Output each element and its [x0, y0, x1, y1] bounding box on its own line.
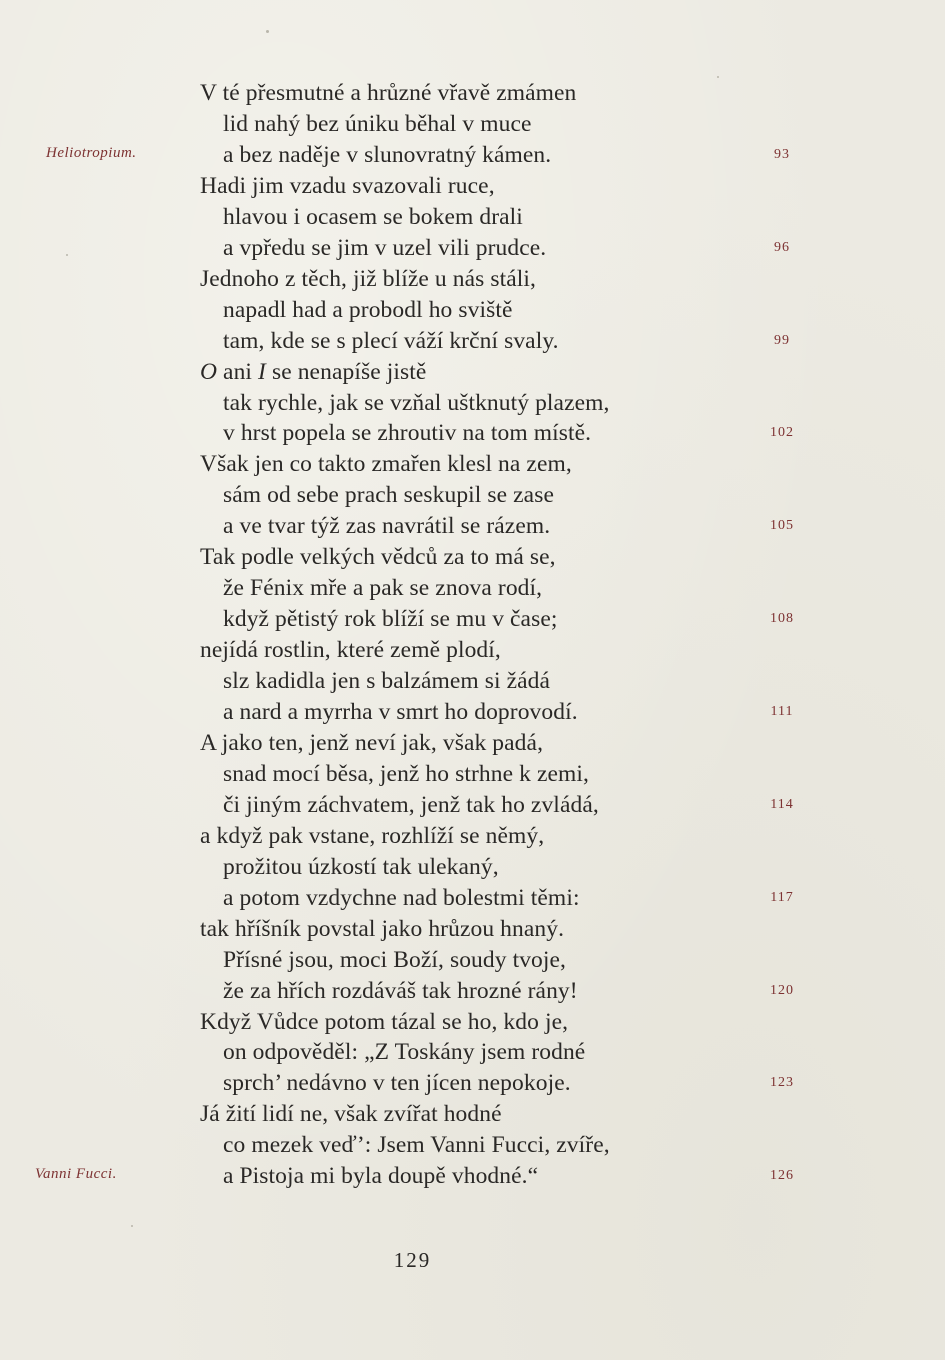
verse-line: snad mocí běsa, jenž ho strhne k zemi, [223, 759, 589, 789]
verse-line: Přísné jsou, moci Boží, soudy tvoje, [223, 945, 566, 975]
line-number: 102 [752, 425, 812, 441]
paper-speck [266, 30, 269, 33]
verse-line: nejídá rostlin, které země plodí, [200, 635, 501, 665]
line-number: 99 [752, 333, 812, 349]
paper-speck [66, 254, 68, 256]
verse-line: a potom vzdychne nad bolestmi těmi: [223, 883, 580, 913]
verse-line: a ve tvar týž zas navrátil se rázem. [223, 511, 550, 541]
verse-line: a nard a myrrha v smrt ho doprovodí. [223, 697, 578, 727]
verse-line: Já žití lidí ne, však zvířat hodné [200, 1099, 502, 1129]
verse-line: hlavou i ocasem se bokem drali [223, 202, 523, 232]
verse-line: a když pak vstane, rozhlíží se němý, [200, 821, 544, 851]
verse-line: tak rychle, jak se vzňal uštknutý plazem… [223, 388, 610, 418]
line-number: 123 [752, 1075, 812, 1091]
verse-fragment: se nenapíše jistě [266, 359, 426, 385]
verse-line: O ani I se nenapíše jistě [200, 357, 426, 387]
verse-line: že Fénix mře a pak se znova rodí, [223, 573, 542, 603]
verse-line: když pětistý rok blíží se mu v čase; [223, 604, 557, 634]
verse-line: v hrst popela se zhroutiv na tom místě. [223, 418, 591, 448]
verse-line: A jako ten, jenž neví jak, však padá, [200, 728, 543, 758]
verse-fragment: ani [217, 359, 258, 385]
margin-note: Heliotropium. [46, 145, 137, 162]
verse-line: Však jen co takto zmařen klesl na zem, [200, 449, 572, 479]
verse-line: a vpředu se jim v uzel vili prudce. [223, 233, 546, 263]
verse-line: a Pistoja mi byla doupě vhodné.“ [223, 1161, 538, 1191]
italic-letter: I [258, 359, 266, 385]
line-number: 111 [752, 704, 812, 720]
line-number: 108 [752, 611, 812, 627]
verse-line: slz kadidla jen s balzámem si žádá [223, 666, 550, 696]
verse-line: tam, kde se s plecí váží krční svaly. [223, 326, 559, 356]
verse-line: tak hříšník povstal jako hrůzou hnaný. [200, 914, 564, 944]
verse-line: Hadi jim vzadu svazovali ruce, [200, 171, 495, 201]
line-number: 96 [752, 240, 812, 256]
verse-line: V té přesmutné a hrůzné vřavě zmámen [200, 78, 576, 108]
verse-line: sprch’ nedávno v ten jícen nepokoje. [223, 1068, 571, 1098]
verse-line: že za hřích rozdáváš tak hrozné rány! [223, 976, 578, 1006]
verse-line: Když Vůdce potom tázal se ho, kdo je, [200, 1007, 568, 1037]
verse-line: co mezek veď’: Jsem Vanni Fucci, zvíře, [223, 1130, 610, 1160]
verse-line: on odpověděl: „Z Toskány jsem rodné [223, 1037, 585, 1067]
page-number: 129 [0, 1248, 825, 1273]
verse-line: napadl had a probodl ho sviště [223, 295, 513, 325]
margin-note: Vanni Fucci. [35, 1166, 117, 1183]
line-number: 126 [752, 1168, 812, 1184]
verse-line: Tak podle velkých vědců za to má se, [200, 542, 556, 572]
line-number: 120 [752, 983, 812, 999]
paper-speck [131, 1225, 133, 1227]
line-number: 117 [752, 890, 812, 906]
paper-speck [717, 76, 719, 78]
line-number: 105 [752, 518, 812, 534]
verse-line: či jiným záchvatem, jenž tak ho zvládá, [223, 790, 599, 820]
line-number: 114 [752, 797, 812, 813]
verse-line: lid nahý bez úniku běhal v muce [223, 109, 532, 139]
italic-letter: O [200, 359, 217, 385]
line-number: 93 [752, 147, 812, 163]
verse-line: Jednoho z těch, již blíže u nás stáli, [200, 264, 536, 294]
verse-line: prožitou úzkostí tak ulekaný, [223, 852, 499, 882]
verse-line: a bez naděje v slunovratný kámen. [223, 140, 551, 170]
verse-line: sám od sebe prach seskupil se zase [223, 480, 554, 510]
